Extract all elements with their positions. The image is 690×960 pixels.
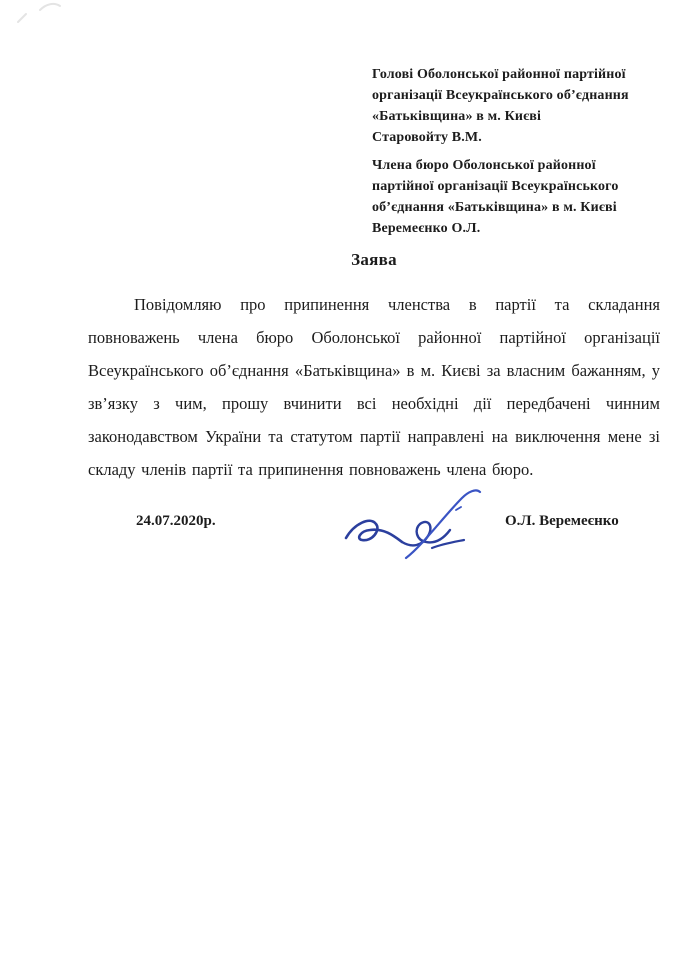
applicant-line: партійної організації Всеукраїнського xyxy=(372,176,667,197)
signatory-name: О.Л. Веремеєнко xyxy=(505,513,619,530)
signature-image xyxy=(336,476,486,564)
scan-mark xyxy=(10,0,70,36)
recipient-line: організації Всеукраїнського об’єднання xyxy=(372,85,667,106)
body-paragraph: Повідомляю про припинення членства в пар… xyxy=(88,288,660,486)
document-title: Заява xyxy=(88,250,660,270)
applicant-line: Веремеєнко О.Л. xyxy=(372,218,667,239)
document-page: Голові Оболонської районної партійної ор… xyxy=(0,0,690,960)
applicant-line: об’єднання «Батьківщина» в м. Києві xyxy=(372,197,667,218)
recipient-line: Старовойту В.М. xyxy=(372,127,667,148)
date-text: 24.07.2020р. xyxy=(136,513,216,530)
recipient-line: «Батьківщина» в м. Києві xyxy=(372,106,667,127)
recipient-block: Голові Оболонської районної партійної ор… xyxy=(372,64,667,148)
applicant-block: Члена бюро Оболонської районної партійно… xyxy=(372,155,667,239)
applicant-line: Члена бюро Оболонської районної xyxy=(372,155,667,176)
recipient-line: Голові Оболонської районної партійної xyxy=(372,64,667,85)
